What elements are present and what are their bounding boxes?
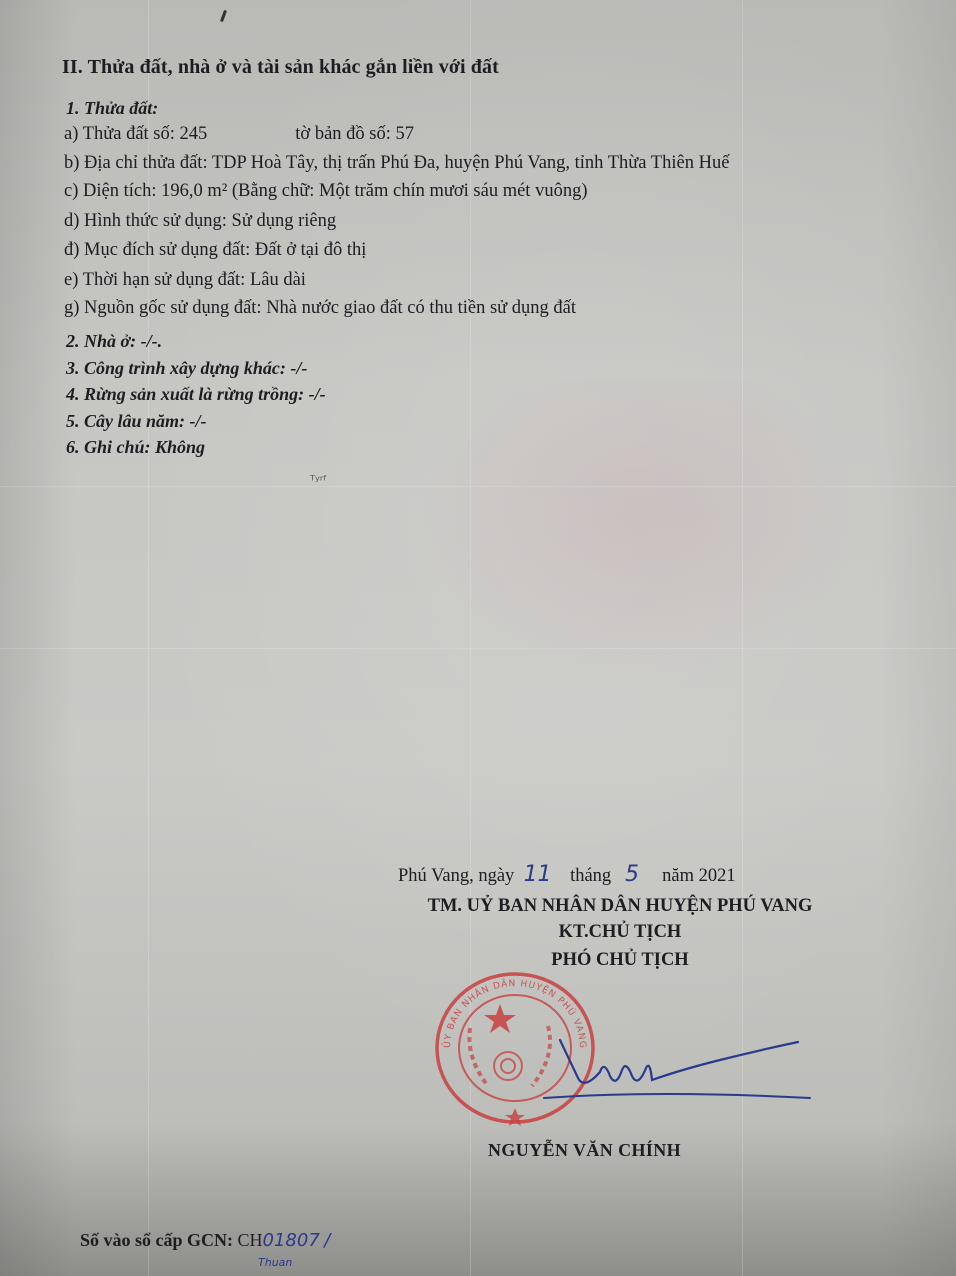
paper-grid-line	[0, 486, 956, 487]
pen-mark	[220, 10, 227, 22]
background-watermark	[420, 380, 860, 680]
registrar-initials: Thuan	[258, 1256, 292, 1269]
other-construction-item: 3. Công trình xây dựng khác: -/-	[66, 358, 307, 379]
parcel-number: a) Thửa đất số: 245	[64, 124, 207, 144]
land-area: c) Diện tích: 196,0 m² (Bằng chữ: Một tr…	[64, 181, 587, 202]
paper-grid-line	[0, 648, 956, 649]
parcel-line: a) Thửa đất số: 245tờ bản đồ số: 57	[64, 124, 414, 145]
perennial-trees-item: 5. Cây lâu năm: -/-	[66, 411, 207, 432]
date-month: 5	[625, 862, 639, 887]
registry-prefix: CH	[238, 1230, 263, 1250]
section-title: II. Thửa đất, nhà ở và tài sản khác gắn …	[62, 56, 499, 79]
land-heading: 1. Thửa đất:	[66, 98, 158, 119]
usage-term: e) Thời hạn sử dụng đất: Lâu dài	[64, 270, 306, 291]
usage-purpose: đ) Mục đích sử dụng đất: Đất ở tại đô th…	[64, 240, 366, 261]
date-year: năm 2021	[662, 866, 735, 886]
issuing-organization: TM. UỶ BAN NHÂN DÂN HUYỆN PHÚ VANG	[360, 896, 880, 917]
date-month-label: tháng	[570, 866, 611, 886]
registry-number: Số vào sổ cấp GCN: CH01807 /	[80, 1230, 330, 1251]
date-day: 11	[524, 862, 552, 887]
signer-name: NGUYỄN VĂN CHÍNH	[488, 1140, 681, 1161]
production-forest-item: 4. Rừng sản xuất là rừng trồng: -/-	[66, 384, 326, 405]
handwritten-signature	[540, 1020, 820, 1120]
issue-date: Phú Vang, ngày 11 tháng 5 năm 2021	[398, 862, 736, 887]
registry-suffix: /	[324, 1230, 330, 1251]
land-address: b) Địa chỉ thửa đất: TDP Hoà Tây, thị tr…	[64, 153, 729, 174]
house-item: 2. Nhà ở: -/-.	[66, 331, 162, 352]
on-behalf-line: KT.CHỦ TỊCH	[360, 922, 880, 943]
usage-form: d) Hình thức sử dụng: Sử dụng riêng	[64, 211, 336, 232]
land-origin: g) Nguồn gốc sử dụng đất: Nhà nước giao …	[64, 298, 576, 319]
map-sheet-number: tờ bản đồ số: 57	[295, 124, 414, 144]
notes-item: 6. Ghi chú: Không	[66, 437, 205, 458]
ink-scribble: ᵀʸʳᶠ	[310, 474, 327, 489]
registry-label: Số vào sổ cấp GCN:	[80, 1230, 233, 1250]
registry-handwritten-number: 01807	[263, 1230, 320, 1251]
date-place-prefix: Phú Vang, ngày	[398, 866, 514, 886]
